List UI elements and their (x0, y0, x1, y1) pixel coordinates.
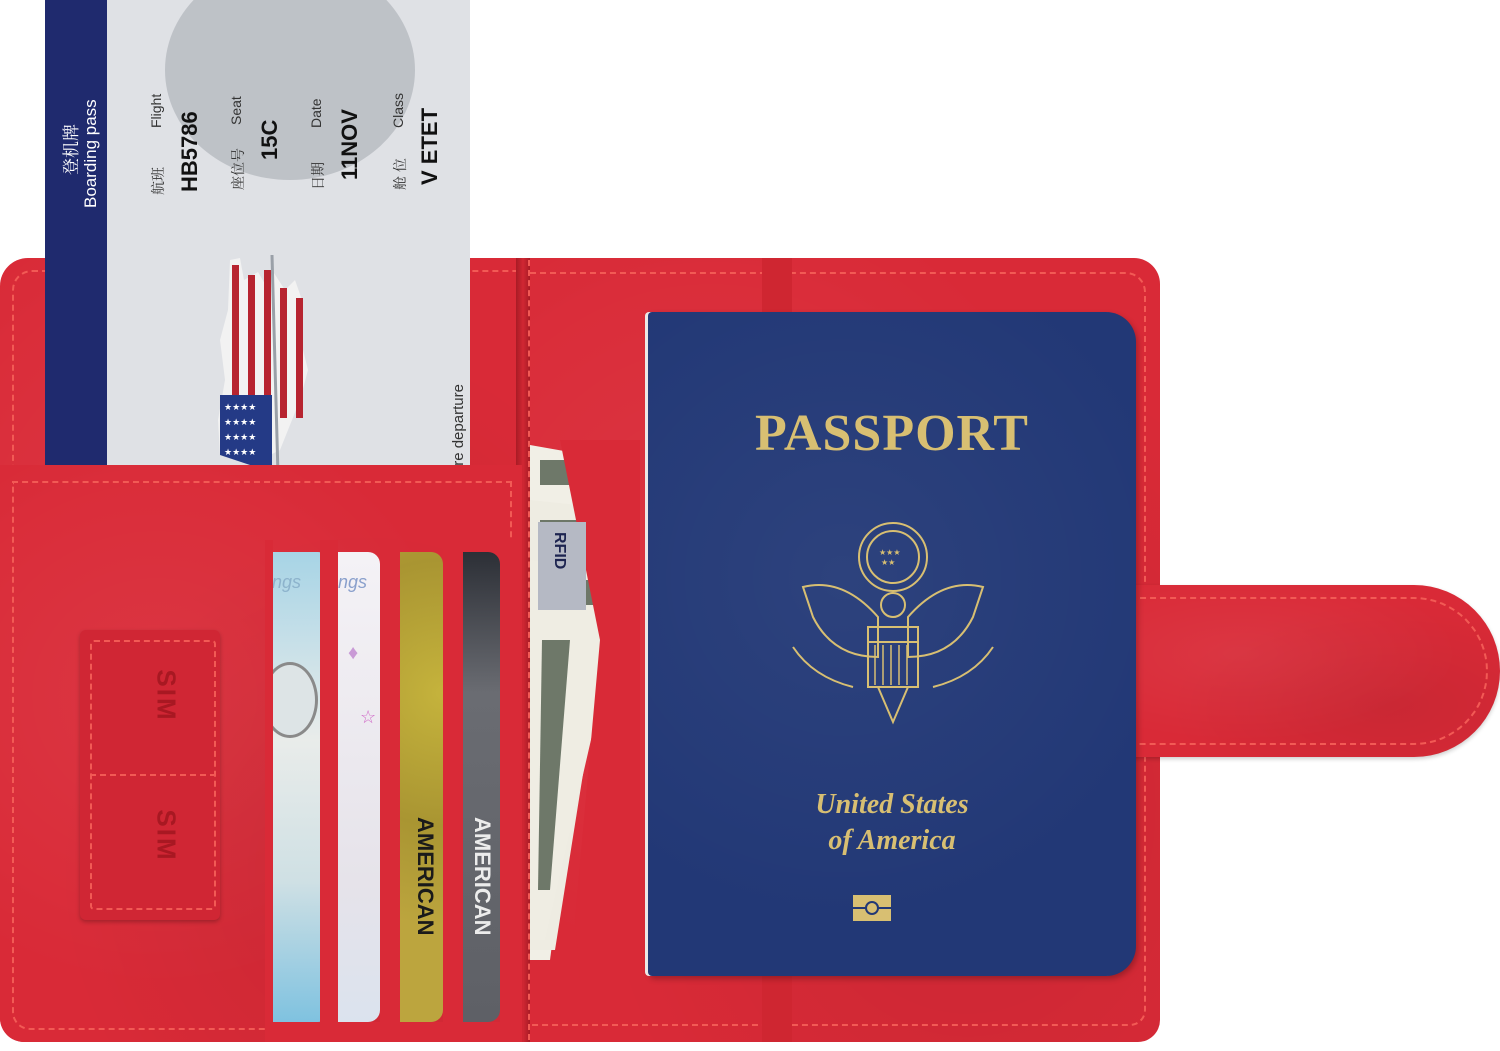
svg-text:★★★★: ★★★★ (224, 433, 256, 443)
slot-divider (443, 540, 463, 1040)
boarding-title-cn: 登机牌 (57, 124, 82, 175)
star-icon: ☆ (360, 707, 376, 728)
field-label-en: Date (308, 98, 324, 128)
card-brand-text: AMERICAN (469, 817, 495, 936)
field-label-en: Seat (228, 96, 244, 125)
field-label-cn: 日期 (308, 162, 328, 190)
sim-label: SIM (151, 809, 182, 861)
passport-country: United States of America (648, 787, 1136, 859)
svg-text:★★: ★★ (881, 558, 895, 567)
class-value: V ETET (417, 108, 443, 185)
field-label-en: Class (390, 93, 406, 128)
cash-bills[interactable]: RFID (530, 440, 640, 980)
slot-divider (500, 540, 522, 1040)
date-value: 11NOV (337, 109, 363, 180)
card-text: ngs (272, 572, 301, 593)
slot-divider (320, 540, 338, 1040)
hologram-icon (272, 662, 318, 738)
passport-title: PASSPORT (648, 404, 1136, 463)
svg-text:★★★: ★★★ (879, 548, 901, 557)
rfid-label: RFID (550, 532, 568, 569)
sim-card-holder[interactable]: SIM SIM (80, 630, 220, 920)
field-label-cn: 舱 位 (390, 158, 410, 190)
flight-value: HB5786 (177, 111, 203, 192)
country-line-2: of America (648, 823, 1136, 859)
boarding-title-en: Boarding pass (81, 99, 101, 208)
card-gold[interactable]: AMERICAN (400, 552, 443, 1022)
slot-divider (380, 540, 400, 1040)
field-label-cn: 座位号 (228, 148, 248, 190)
card-white[interactable]: ngs ♦ ☆ (338, 552, 380, 1022)
seat-value: 15C (257, 120, 283, 160)
card-brand-text: AMERICAN (412, 817, 438, 936)
card-text: ngs (338, 572, 367, 593)
boarding-pass-band: 登机牌 Boarding pass (45, 0, 107, 500)
us-flag-map-icon: ★★★★★★★★ ★★★★★★★★ (210, 250, 325, 480)
country-line-1: United States (648, 787, 1136, 823)
slot-bottom (265, 1022, 522, 1042)
boarding-pass[interactable]: 登机牌 Boarding pass 航班 Flight HB5786 座位号 S… (45, 0, 470, 500)
snap-closure-strap[interactable] (1130, 585, 1500, 757)
card-grey[interactable]: AMERICAN (463, 552, 500, 1022)
field-label-en: Flight (148, 94, 164, 128)
field-label-cn: 航班 (148, 167, 168, 195)
svg-text:★★★★: ★★★★ (224, 418, 256, 428)
rfid-tag: RFID (538, 522, 586, 610)
svg-text:★★★★: ★★★★ (224, 448, 256, 458)
us-passport[interactable]: PASSPORT ★★★★★ United States of America (648, 312, 1136, 976)
sim-label: SIM (151, 669, 182, 721)
eagle-seal-icon: ★★★★★ (783, 517, 1003, 732)
slot-divider (265, 540, 273, 1040)
candy-icon: ♦ (348, 642, 358, 665)
svg-text:★★★★: ★★★★ (224, 403, 256, 413)
biometric-chip-icon (853, 895, 891, 921)
